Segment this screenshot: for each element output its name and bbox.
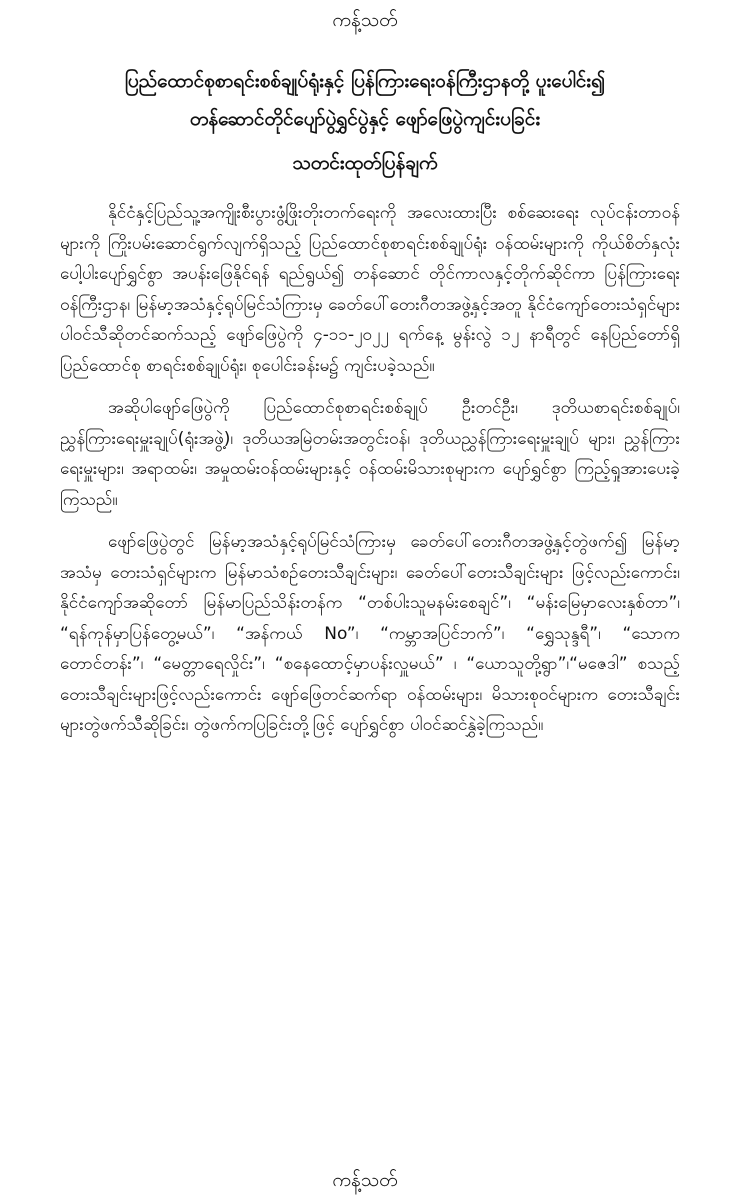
paragraph-3: ဖျော်ဖြေပွဲတွင် မြန်မာ့အသံနှင့်ရုပ်မြင်သ… bbox=[60, 527, 680, 741]
paragraph-1: နိုင်ငံနှင့်ပြည်သူ့အကျိုးစီးပွားဖွံ့ဖြို… bbox=[60, 198, 680, 381]
classification-header: ကန့်သတ် bbox=[0, 8, 730, 32]
classification-footer: ကန့်သတ် bbox=[0, 1168, 730, 1192]
title-line-1: ပြည်ထောင်စုစာရင်းစစ်ချုပ်ရုံးနှင့် ပြန်က… bbox=[60, 62, 670, 100]
press-release-subtitle: သတင်းထုတ်ပြန်ချက် bbox=[60, 144, 670, 182]
body-text: နိုင်ငံနှင့်ပြည်သူ့အကျိုးစီးပွားဖွံ့ဖြို… bbox=[60, 198, 680, 753]
title-block: ပြည်ထောင်စုစာရင်းစစ်ချုပ်ရုံးနှင့် ပြန်က… bbox=[60, 62, 670, 182]
paragraph-2: အဆိုပါဖျော်ဖြေပွဲကို ပြည်ထောင်စုစာရင်းစစ… bbox=[60, 393, 680, 515]
title-line-2: တန်ဆောင်တိုင်ပျော်ပွဲရွှင်ပွဲနှင့် ဖျော်… bbox=[60, 100, 670, 138]
